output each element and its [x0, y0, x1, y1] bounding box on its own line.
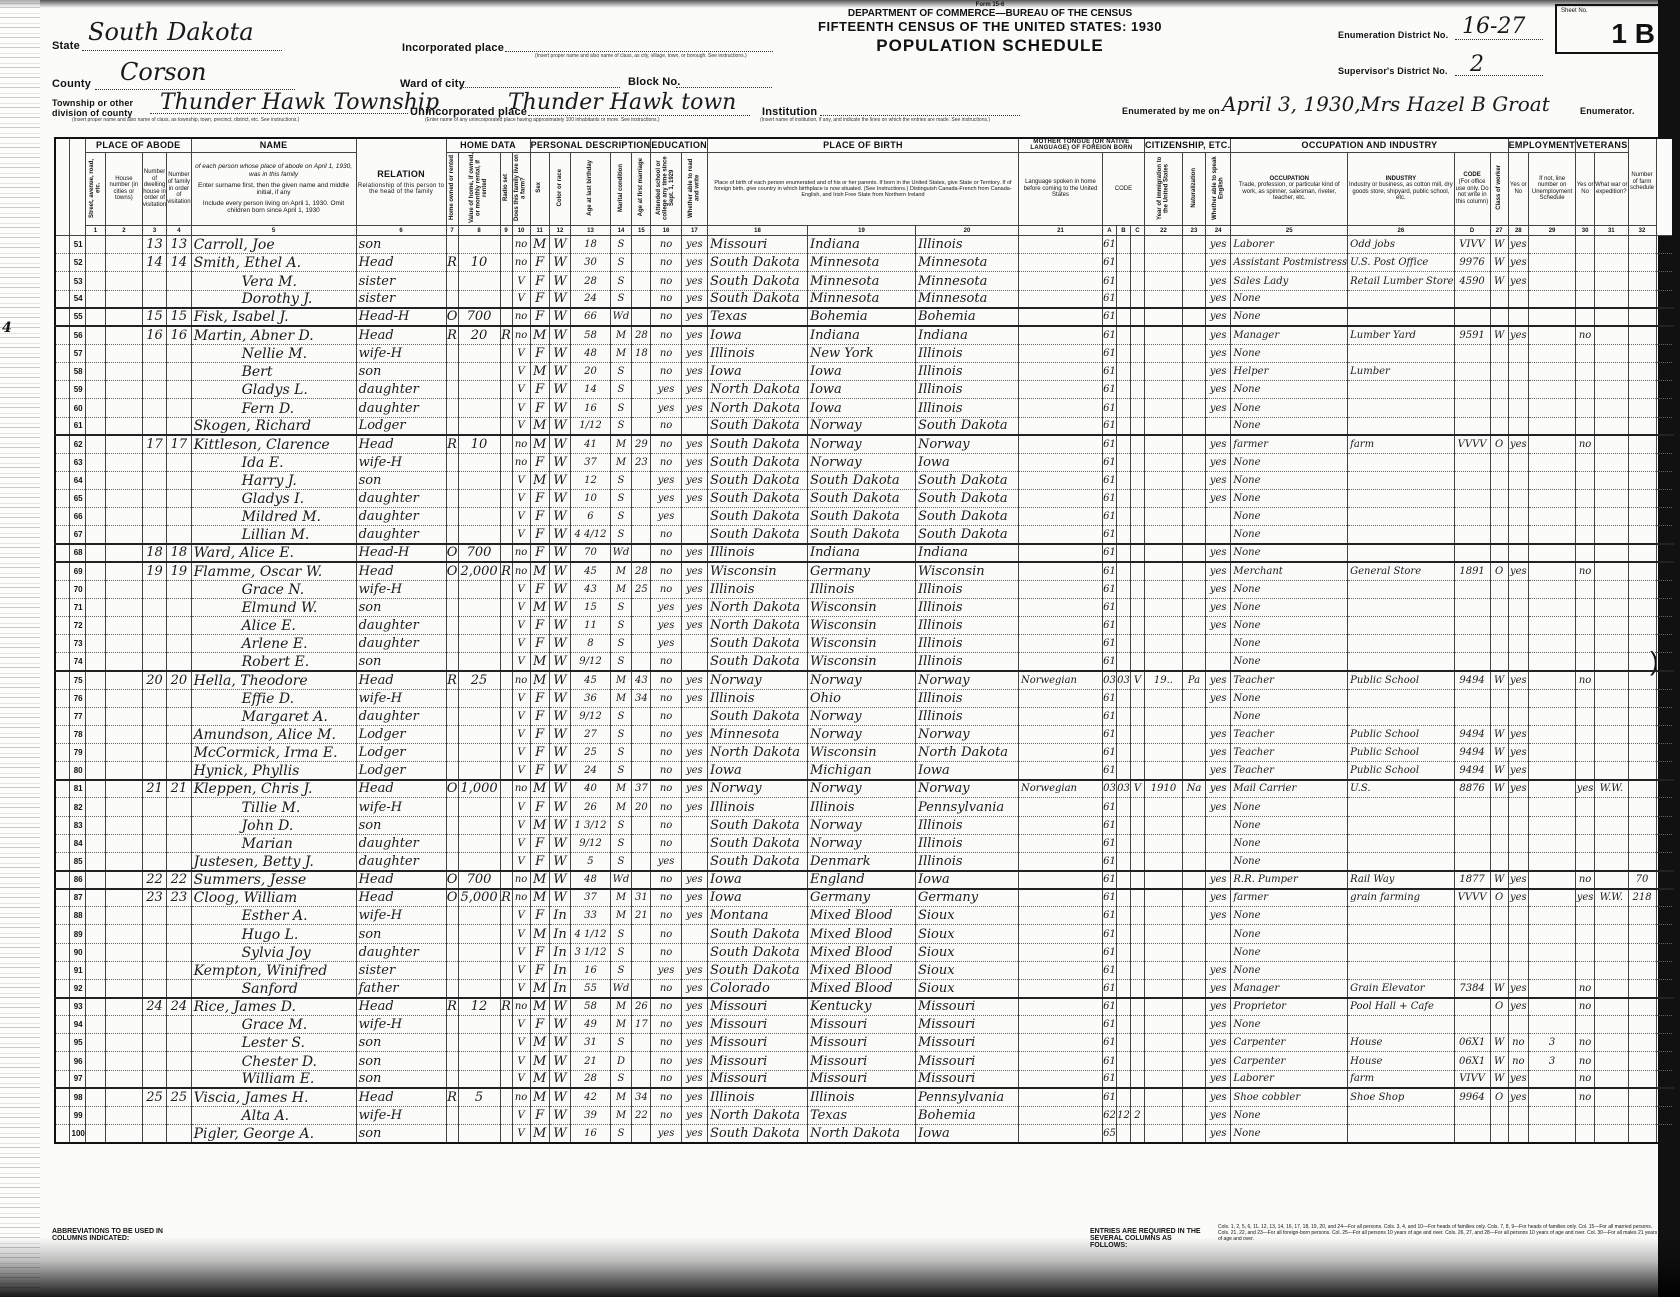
occupation-cell: Laborer: [1231, 236, 1348, 254]
immigration-cell: [1144, 907, 1182, 925]
read-write-cell: yes: [681, 1034, 707, 1052]
house-number-cell: [105, 1088, 142, 1106]
table-row: 91Kempton, WinifredsisterVFIn16SyesyesSo…: [55, 961, 1673, 979]
age-marriage-cell: [632, 871, 651, 889]
father-birthplace-cell: Denmark: [807, 852, 915, 870]
age-cell: 26: [571, 798, 610, 816]
at-work-cell: yes: [1508, 435, 1528, 453]
margin-cell: [55, 671, 69, 689]
unemployment-line-cell: [1529, 308, 1576, 326]
class-worker-cell: [1490, 852, 1508, 870]
age-marriage-cell: [632, 544, 651, 562]
farm-schedule-cell: [1628, 399, 1656, 417]
veteran-cell: yes: [1576, 780, 1595, 798]
relation-cell: wife-H: [356, 1106, 446, 1124]
line-number: 82: [69, 798, 85, 816]
margin-cell: [55, 798, 69, 816]
farm-schedule-cell: [1628, 471, 1656, 489]
veteran-cell: [1576, 308, 1595, 326]
school-cell: yes: [651, 490, 681, 508]
table-row: 80Hynick, PhyllisLodgerVFW24SnoyesIowaMi…: [55, 762, 1673, 780]
immigration-cell: [1144, 979, 1182, 997]
home-owned-cell: [446, 526, 458, 544]
code-a-cell: 61: [1102, 399, 1116, 417]
veteran-cell: [1576, 925, 1595, 943]
war-cell: [1595, 526, 1628, 544]
code-c-cell: [1130, 653, 1144, 671]
radio-cell: [500, 907, 512, 925]
age-marriage-cell: 26: [632, 998, 651, 1016]
margin-cell: [55, 780, 69, 798]
name-cell: Amundson, Alice M.: [191, 725, 356, 743]
marital-cell: M: [610, 580, 632, 598]
line-number: 97: [69, 1070, 85, 1088]
margin-cell: [55, 1070, 69, 1088]
name-instr: Enter surname first, then the given name…: [192, 182, 356, 196]
father-birthplace-cell: Indiana: [807, 544, 915, 562]
birthplace-cell: South Dakota: [707, 254, 807, 272]
family-number-cell: [167, 925, 191, 943]
code-head: CODE: [1102, 152, 1144, 226]
line-number-right: 91: [1656, 961, 1673, 979]
occ-code-cell: [1454, 598, 1490, 616]
naturalization-cell: [1182, 1106, 1205, 1124]
immigration-cell: [1144, 744, 1182, 762]
class-worker-cell: W: [1490, 1070, 1508, 1088]
birthplace-cell: South Dakota: [707, 1124, 807, 1142]
war-cell: [1595, 907, 1628, 925]
street-cell: [85, 490, 105, 508]
line-number: 74: [69, 653, 85, 671]
birthplace-cell: North Dakota: [707, 617, 807, 635]
class-worker-cell: O: [1490, 562, 1508, 580]
name-cell: Harry J.: [191, 471, 356, 489]
occupation-cell: None: [1231, 635, 1348, 653]
street-cell: [85, 1106, 105, 1124]
birthplace-cell: South Dakota: [707, 290, 807, 308]
family-number-cell: [167, 744, 191, 762]
margin-cell: [55, 254, 69, 272]
mother-birthplace-cell: Pennsylvania: [915, 798, 1018, 816]
code-a-cell: 03: [1102, 780, 1116, 798]
column-number: 22: [1144, 226, 1182, 236]
street-cell: [85, 344, 105, 362]
class-worker-cell: [1490, 617, 1508, 635]
naturalization-cell: [1182, 635, 1205, 653]
relation-cell: wife-H: [356, 580, 446, 598]
table-row: 681818Ward, Alice E.Head-HO700noFW70Wdno…: [55, 544, 1673, 562]
marital-cell: S: [610, 617, 632, 635]
margin-cell: [55, 1106, 69, 1124]
age-marriage-cell: 34: [632, 689, 651, 707]
industry-cell: Public School: [1348, 725, 1454, 743]
birthplace-cell: South Dakota: [707, 653, 807, 671]
mother-birthplace-cell: Illinois: [915, 852, 1018, 870]
age-cell: 24: [571, 290, 610, 308]
sex-cell: M: [530, 671, 549, 689]
family-number-cell: [167, 381, 191, 399]
birthplace-cell: South Dakota: [707, 490, 807, 508]
line-number-right: 76: [1656, 689, 1673, 707]
father-birthplace-cell: Missouri: [807, 1070, 915, 1088]
age-marriage-cell: 43: [632, 671, 651, 689]
birthplace-cell: South Dakota: [707, 834, 807, 852]
street-cell: [85, 925, 105, 943]
group-education: EDUCATION: [651, 138, 708, 152]
naturalization-cell: [1182, 508, 1205, 526]
name-cell: Kittleson, Clarence: [191, 435, 356, 453]
class-worker-cell: [1490, 344, 1508, 362]
immigration-cell: [1144, 1124, 1182, 1142]
margin-cell: [55, 471, 69, 489]
home-value-cell: [458, 417, 500, 435]
name-cell: Martin, Abner D.: [191, 326, 356, 344]
race-cell: In: [549, 943, 571, 961]
at-work-cell: [1508, 471, 1528, 489]
occupation-cell: None: [1231, 653, 1348, 671]
language-cell: [1018, 1106, 1102, 1124]
dwelling-number-cell: [142, 798, 166, 816]
occupation-cell: None: [1231, 580, 1348, 598]
home-value-cell: [458, 526, 500, 544]
occ-code-cell: 1877: [1454, 871, 1490, 889]
home-owned-cell: [446, 762, 458, 780]
veteran-cell: [1576, 598, 1595, 616]
naturalization-cell: [1182, 707, 1205, 725]
immigration-cell: [1144, 363, 1182, 381]
sex-cell: F: [530, 508, 549, 526]
code-c-cell: [1130, 725, 1144, 743]
code-a-cell: 61: [1102, 798, 1116, 816]
school-cell: no: [651, 526, 681, 544]
birthplace-cell: Wisconsin: [707, 562, 807, 580]
age-marriage-cell: [632, 526, 651, 544]
immigration-cell: [1144, 925, 1182, 943]
immigration-cell: [1144, 635, 1182, 653]
line-number-right: 97: [1656, 1070, 1673, 1088]
language-cell: [1018, 326, 1102, 344]
line-number-right: 81: [1656, 780, 1673, 798]
industry-cell: [1348, 544, 1454, 562]
race-cell: W: [549, 435, 571, 453]
language-cell: [1018, 508, 1102, 526]
code-b-cell: [1116, 1124, 1130, 1142]
form-title-block: Form 15-6 DEPARTMENT OF COMMERCE—BUREAU …: [790, 2, 1190, 56]
father-birthplace-cell: Wisconsin: [807, 635, 915, 653]
home-value-cell: [458, 943, 500, 961]
birthplace-cell: South Dakota: [707, 471, 807, 489]
occ-code-cell: [1454, 943, 1490, 961]
age-cell: 9/12: [571, 653, 610, 671]
naturalization-cell: [1182, 744, 1205, 762]
immigration-cell: 19..: [1144, 671, 1182, 689]
line-number-right: 87: [1656, 889, 1673, 907]
mother-birthplace-cell: Iowa: [915, 762, 1018, 780]
birthplace-cell: Texas: [707, 308, 807, 326]
code-a-cell: 61: [1102, 236, 1116, 254]
dwelling-number-cell: 22: [142, 871, 166, 889]
house-number-cell: [105, 1016, 142, 1034]
birthplace-cell: Iowa: [707, 363, 807, 381]
occupation-cell: Carpenter: [1231, 1034, 1348, 1052]
name-cell: Justesen, Betty J.: [191, 852, 356, 870]
marital-cell: S: [610, 725, 632, 743]
dwelling-number-cell: [142, 1016, 166, 1034]
code-c-cell: [1130, 834, 1144, 852]
code-c-cell: [1130, 961, 1144, 979]
race-cell: W: [549, 544, 571, 562]
farm-cell: no: [512, 671, 530, 689]
class-worker-cell: O: [1490, 889, 1508, 907]
at-work-cell: [1508, 834, 1528, 852]
radio-cell: [500, 816, 512, 834]
industry-cell: [1348, 816, 1454, 834]
immigration-cell: [1144, 526, 1182, 544]
industry-cell: [1348, 834, 1454, 852]
home-owned-cell: [446, 290, 458, 308]
mother-birthplace-cell: Norway: [915, 435, 1018, 453]
family-number-cell: [167, 961, 191, 979]
industry-cell: [1348, 526, 1454, 544]
race-cell: In: [549, 961, 571, 979]
code-a-cell: 61: [1102, 598, 1116, 616]
home-owned-cell: [446, 1016, 458, 1034]
school-cell: no: [651, 725, 681, 743]
code-c-cell: [1130, 1016, 1144, 1034]
line-number: 56: [69, 326, 85, 344]
mother-birthplace-cell: Iowa: [915, 1124, 1018, 1142]
at-work-cell: [1508, 598, 1528, 616]
race-cell: W: [549, 453, 571, 471]
school-cell: no: [651, 671, 681, 689]
occ-code-cell: [1454, 399, 1490, 417]
industry-cell: [1348, 399, 1454, 417]
code-b-cell: [1116, 1034, 1130, 1052]
name-cell: Kempton, Winifred: [191, 961, 356, 979]
occ-code-cell: [1454, 998, 1490, 1016]
code-b-cell: [1116, 326, 1130, 344]
mother-birthplace-cell: Germany: [915, 889, 1018, 907]
age-cell: 45: [571, 562, 610, 580]
at-work-cell: yes: [1508, 998, 1528, 1016]
race-cell: W: [549, 1070, 571, 1088]
farm-cell: V: [512, 925, 530, 943]
line-number: 84: [69, 834, 85, 852]
marital-cell: Wd: [610, 544, 632, 562]
family-number-cell: [167, 707, 191, 725]
enumerated-date: April 3, 1930,: [1222, 92, 1361, 116]
dwelling-number-cell: [142, 725, 166, 743]
english-cell: yes: [1205, 671, 1230, 689]
code-b-cell: [1116, 852, 1130, 870]
class-worker-cell: [1490, 490, 1508, 508]
farm-cell: V: [512, 689, 530, 707]
school-cell: no: [651, 344, 681, 362]
line-number: 80: [69, 762, 85, 780]
farm-cell: V: [512, 344, 530, 362]
war-cell: [1595, 1124, 1628, 1142]
column-number: B: [1116, 226, 1130, 236]
age-marriage-cell: 34: [632, 1088, 651, 1106]
farm-schedule-cell: [1628, 725, 1656, 743]
industry-cell: [1348, 925, 1454, 943]
sex-cell: M: [530, 780, 549, 798]
age-cell: 1 3/12: [571, 816, 610, 834]
sex-cell: F: [530, 617, 549, 635]
line-number-right: 92: [1656, 979, 1673, 997]
age-marriage-cell: [632, 598, 651, 616]
margin-cell: [55, 326, 69, 344]
veteran-cell: no: [1576, 562, 1595, 580]
english-cell: yes: [1205, 1124, 1230, 1142]
code-b-cell: [1116, 471, 1130, 489]
age-marriage-cell: [632, 490, 651, 508]
english-cell: yes: [1205, 961, 1230, 979]
age-marriage-cell: [632, 635, 651, 653]
occupation-cell: Merchant: [1231, 562, 1348, 580]
immigration-cell: [1144, 1016, 1182, 1034]
immigration-cell: [1144, 762, 1182, 780]
language-cell: [1018, 344, 1102, 362]
family-number-cell: [167, 816, 191, 834]
veteran-cell: yes: [1576, 889, 1595, 907]
margin-cell: [55, 852, 69, 870]
marital-cell: S: [610, 653, 632, 671]
street-cell: [85, 871, 105, 889]
race-cell: W: [549, 852, 571, 870]
father-birthplace-cell: Norway: [807, 435, 915, 453]
immigration-cell: [1144, 816, 1182, 834]
radio-cell: [500, 979, 512, 997]
dwelling-number-cell: [142, 490, 166, 508]
farm-cell: no: [512, 1088, 530, 1106]
family-number-cell: [167, 907, 191, 925]
naturalization-cell: [1182, 471, 1205, 489]
language-cell: [1018, 871, 1102, 889]
relation-cell: son: [356, 816, 446, 834]
occ-code-title: CODE: [1455, 172, 1490, 179]
radio-cell: [500, 344, 512, 362]
farm-schedule-cell: [1628, 979, 1656, 997]
margin-cell: [55, 544, 69, 562]
department-title: DEPARTMENT OF COMMERCE—BUREAU OF THE CEN…: [790, 8, 1190, 19]
unemployment-line-cell: [1529, 471, 1576, 489]
home-owned-cell: [446, 943, 458, 961]
occ-code-cell: 9976: [1454, 254, 1490, 272]
column-number: 5: [191, 226, 356, 236]
marital-cell: M: [610, 689, 632, 707]
farm-schedule-cell: [1628, 961, 1656, 979]
race-cell: W: [549, 363, 571, 381]
farm-cell: V: [512, 816, 530, 834]
age-marriage-cell: [632, 272, 651, 290]
code-a-cell: 61: [1102, 1070, 1116, 1088]
birthplace-cell: South Dakota: [707, 435, 807, 453]
name-cell: Mildred M.: [191, 508, 356, 526]
table-row: 94Grace M.wife-HVFW49M17noyesMissouriMis…: [55, 1016, 1673, 1034]
line-number: 62: [69, 435, 85, 453]
industry-cell: General Store: [1348, 562, 1454, 580]
industry-cell: House: [1348, 1052, 1454, 1070]
unemployment-line-cell: [1529, 961, 1576, 979]
at-work-cell: [1508, 816, 1528, 834]
school-cell: no: [651, 816, 681, 834]
father-birthplace-cell: Ohio: [807, 689, 915, 707]
line-number-right: 63: [1656, 453, 1673, 471]
age-marriage-cell: [632, 925, 651, 943]
sex-cell: M: [530, 435, 549, 453]
farm-cell: V: [512, 979, 530, 997]
class-worker-cell: [1490, 308, 1508, 326]
school-cell: no: [651, 308, 681, 326]
dwelling-number-cell: [142, 381, 166, 399]
veteran-cell: [1576, 744, 1595, 762]
veteran-cell: [1576, 236, 1595, 254]
family-number-cell: [167, 508, 191, 526]
unemployment-line-cell: [1529, 816, 1576, 834]
home-owned-cell: R: [446, 435, 458, 453]
sex-cell: F: [530, 744, 549, 762]
home-owned-cell: O: [446, 308, 458, 326]
table-row: 84MariandaughterVFW9/12SnoSouth DakotaNo…: [55, 834, 1673, 852]
table-row: 76Effie D.wife-HVFW36M34noyesIllinoisOhi…: [55, 689, 1673, 707]
language-cell: [1018, 272, 1102, 290]
unemployment-line-cell: [1529, 236, 1576, 254]
family-number-cell: [167, 417, 191, 435]
age-cell: 18: [571, 236, 610, 254]
unemployment-line-cell: [1529, 725, 1576, 743]
naturalization-cell: [1182, 1016, 1205, 1034]
house-number-cell: [105, 816, 142, 834]
age-marriage-cell: [632, 707, 651, 725]
at-work-cell: [1508, 852, 1528, 870]
street-cell: [85, 580, 105, 598]
column-number: 11: [530, 226, 549, 236]
birthplace-cell: Iowa: [707, 326, 807, 344]
family-number-cell: [167, 471, 191, 489]
occupation-cell: None: [1231, 344, 1348, 362]
race-cell: W: [549, 1052, 571, 1070]
family-number-cell: [167, 272, 191, 290]
age-marriage-cell: [632, 236, 651, 254]
table-row: 90Sylvia JoydaughterVFIn3 1/12SnoSouth D…: [55, 943, 1673, 961]
race-cell: W: [549, 780, 571, 798]
margin-cell: [55, 816, 69, 834]
birthplace-cell: South Dakota: [707, 816, 807, 834]
farm-schedule-cell: [1628, 1106, 1656, 1124]
language-cell: [1018, 725, 1102, 743]
birthplace-cell: South Dakota: [707, 526, 807, 544]
code-a-cell: 61: [1102, 580, 1116, 598]
language-cell: [1018, 1052, 1102, 1070]
code-a-cell: 61: [1102, 526, 1116, 544]
mother-birthplace-cell: South Dakota: [915, 490, 1018, 508]
line-number-right: 73: [1656, 635, 1673, 653]
family-number-cell: 23: [167, 889, 191, 907]
english-cell: yes: [1205, 725, 1230, 743]
mother-birthplace-cell: Minnesota: [915, 272, 1018, 290]
block-line: [676, 78, 772, 88]
father-birthplace-cell: Norway: [807, 780, 915, 798]
column-number: 13: [571, 226, 610, 236]
code-a-cell: 61: [1102, 381, 1116, 399]
unemployment-line-cell: [1529, 526, 1576, 544]
unemployment-line-cell: [1529, 635, 1576, 653]
read-write-cell: yes: [681, 290, 707, 308]
code-c-cell: [1130, 236, 1144, 254]
father-birthplace-cell: Norway: [807, 816, 915, 834]
farm-schedule-cell: [1628, 381, 1656, 399]
